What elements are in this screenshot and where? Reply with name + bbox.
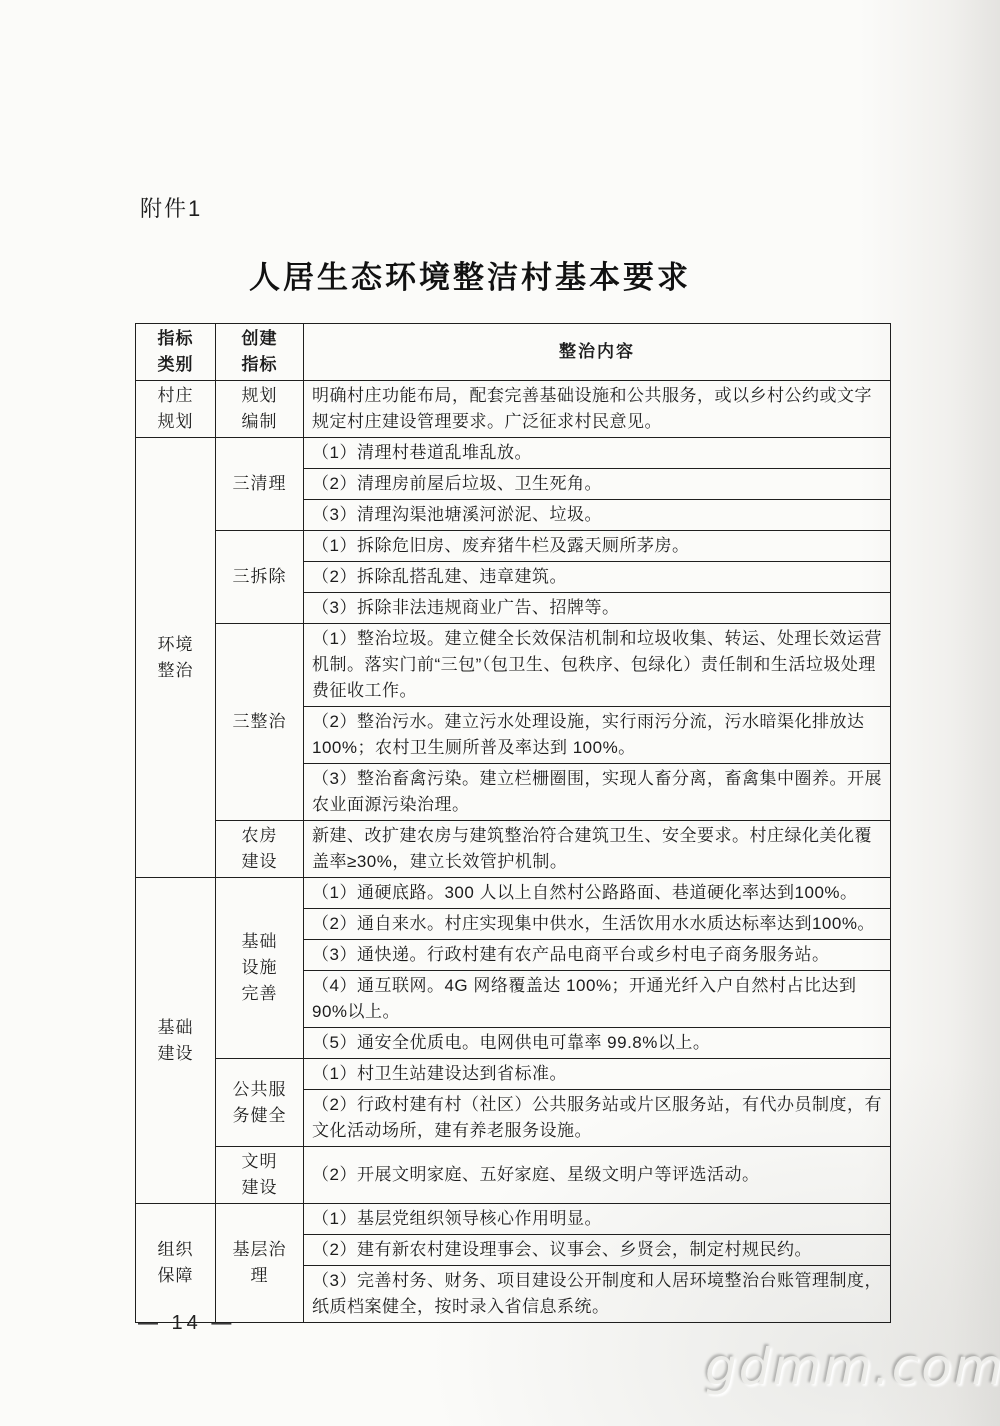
content-cell: （2）行政村建有村（社区）公共服务站或片区服务站，有代办员制度，有文化活动场所，… bbox=[304, 1090, 891, 1147]
category-cell: 村庄 规划 bbox=[136, 381, 216, 438]
requirements-table: 指标 类别 创建 指标 整治内容 村庄 规划 规划 编制 明确村庄功能布局，配套… bbox=[135, 323, 891, 1323]
content-cell: （2）整治污水。建立污水处理设施，实行雨污分流，污水暗渠化排放达 100%；农村… bbox=[304, 707, 891, 764]
table-row: 组织 保障 基层治 理 （1）基层党组织领导核心作用明显。 bbox=[136, 1204, 891, 1235]
indicator-cell: 农房 建设 bbox=[216, 821, 304, 878]
content-cell: （3）完善村务、财务、项目建设公开制度和人居环境整治台账管理制度，纸质档案健全，… bbox=[304, 1266, 891, 1323]
indicator-cell: 三清理 bbox=[216, 438, 304, 531]
content-cell: （3）拆除非法违规商业广告、招牌等。 bbox=[304, 593, 891, 624]
indicator-cell: 文明 建设 bbox=[216, 1147, 304, 1204]
table-row: 三拆除 （1）拆除危旧房、废弃猪牛栏及露天厕所茅房。 bbox=[136, 531, 891, 562]
content-cell: （5）通安全优质电。电网供电可靠率 99.8%以上。 bbox=[304, 1028, 891, 1059]
indicator-cell: 三整治 bbox=[216, 624, 304, 821]
content-cell: （1）通硬底路。300 人以上自然村公路路面、巷道硬化率达到100%。 bbox=[304, 878, 891, 909]
content-cell: （2）清理房前屋后垃圾、卫生死角。 bbox=[304, 469, 891, 500]
indicator-cell: 基础 设施 完善 bbox=[216, 878, 304, 1059]
indicator-cell: 公共服 务健全 bbox=[216, 1059, 304, 1147]
content-cell: （1）整治垃圾。建立健全长效保洁机制和垃圾收集、转运、处理长效运营机制。落实门前… bbox=[304, 624, 891, 707]
content-cell: （2）建有新农村建设理事会、议事会、乡贤会，制定村规民约。 bbox=[304, 1235, 891, 1266]
attachment-label: 附件1 bbox=[140, 192, 202, 223]
content-cell: （4）通互联网。4G 网络覆盖达 100%；开通光纤入户自然村占比达到 90%以… bbox=[304, 971, 891, 1028]
table-row: 农房 建设 新建、改扩建农房与建筑整治符合建筑卫生、安全要求。村庄绿化美化覆盖率… bbox=[136, 821, 891, 878]
table-row: 文明 建设 （2）开展文明家庭、五好家庭、星级文明户等评选活动。 bbox=[136, 1147, 891, 1204]
category-cell: 基础 建设 bbox=[136, 878, 216, 1204]
watermark-text: gdmm.com bbox=[705, 1338, 1000, 1396]
content-cell: 新建、改扩建农房与建筑整治符合建筑卫生、安全要求。村庄绿化美化覆盖率≥30%，建… bbox=[304, 821, 891, 878]
category-cell: 环境 整治 bbox=[136, 438, 216, 878]
document-page: 附件1 人居生态环境整洁村基本要求 指标 类别 创建 指标 整治内容 村庄 规划… bbox=[0, 0, 1000, 1426]
content-cell: （1）村卫生站建设达到省标准。 bbox=[304, 1059, 891, 1090]
header-content: 整治内容 bbox=[304, 324, 891, 381]
page-title: 人居生态环境整洁村基本要求 bbox=[0, 252, 940, 297]
content-cell: （3）通快递。行政村建有农产品电商平台或乡村电子商务服务站。 bbox=[304, 940, 891, 971]
table-row: 基础 建设 基础 设施 完善 （1）通硬底路。300 人以上自然村公路路面、巷道… bbox=[136, 878, 891, 909]
indicator-cell: 三拆除 bbox=[216, 531, 304, 624]
content-cell: 明确村庄功能布局，配套完善基础设施和公共服务，或以乡村公约或文字规定村庄建设管理… bbox=[304, 381, 891, 438]
indicator-cell: 基层治 理 bbox=[216, 1204, 304, 1323]
content-cell: （3）整治畜禽污染。建立栏栅圈围，实现人畜分离，畜禽集中圈养。开展农业面源污染治… bbox=[304, 764, 891, 821]
content-cell: （1）拆除危旧房、废弃猪牛栏及露天厕所茅房。 bbox=[304, 531, 891, 562]
category-cell: 组织 保障 bbox=[136, 1204, 216, 1323]
table-row: 村庄 规划 规划 编制 明确村庄功能布局，配套完善基础设施和公共服务，或以乡村公… bbox=[136, 381, 891, 438]
content-cell: （1）清理村巷道乱堆乱放。 bbox=[304, 438, 891, 469]
table-row: 三整治 （1）整治垃圾。建立健全长效保洁机制和垃圾收集、转运、处理长效运营机制。… bbox=[136, 624, 891, 707]
content-cell: （2）拆除乱搭乱建、违章建筑。 bbox=[304, 562, 891, 593]
table-row: 环境 整治 三清理 （1）清理村巷道乱堆乱放。 bbox=[136, 438, 891, 469]
header-category: 指标 类别 bbox=[136, 324, 216, 381]
indicator-cell: 规划 编制 bbox=[216, 381, 304, 438]
content-cell: （3）清理沟渠池塘溪河淤泥、垃圾。 bbox=[304, 500, 891, 531]
header-indicator: 创建 指标 bbox=[216, 324, 304, 381]
content-cell: （1）基层党组织领导核心作用明显。 bbox=[304, 1204, 891, 1235]
table-row: 公共服 务健全 （1）村卫生站建设达到省标准。 bbox=[136, 1059, 891, 1090]
table-header-row: 指标 类别 创建 指标 整治内容 bbox=[136, 324, 891, 381]
content-cell: （2）开展文明家庭、五好家庭、星级文明户等评选活动。 bbox=[304, 1147, 891, 1204]
page-number: — 14 — bbox=[138, 1312, 235, 1335]
content-cell: （2）通自来水。村庄实现集中供水，生活饮用水水质达标率达到100%。 bbox=[304, 909, 891, 940]
